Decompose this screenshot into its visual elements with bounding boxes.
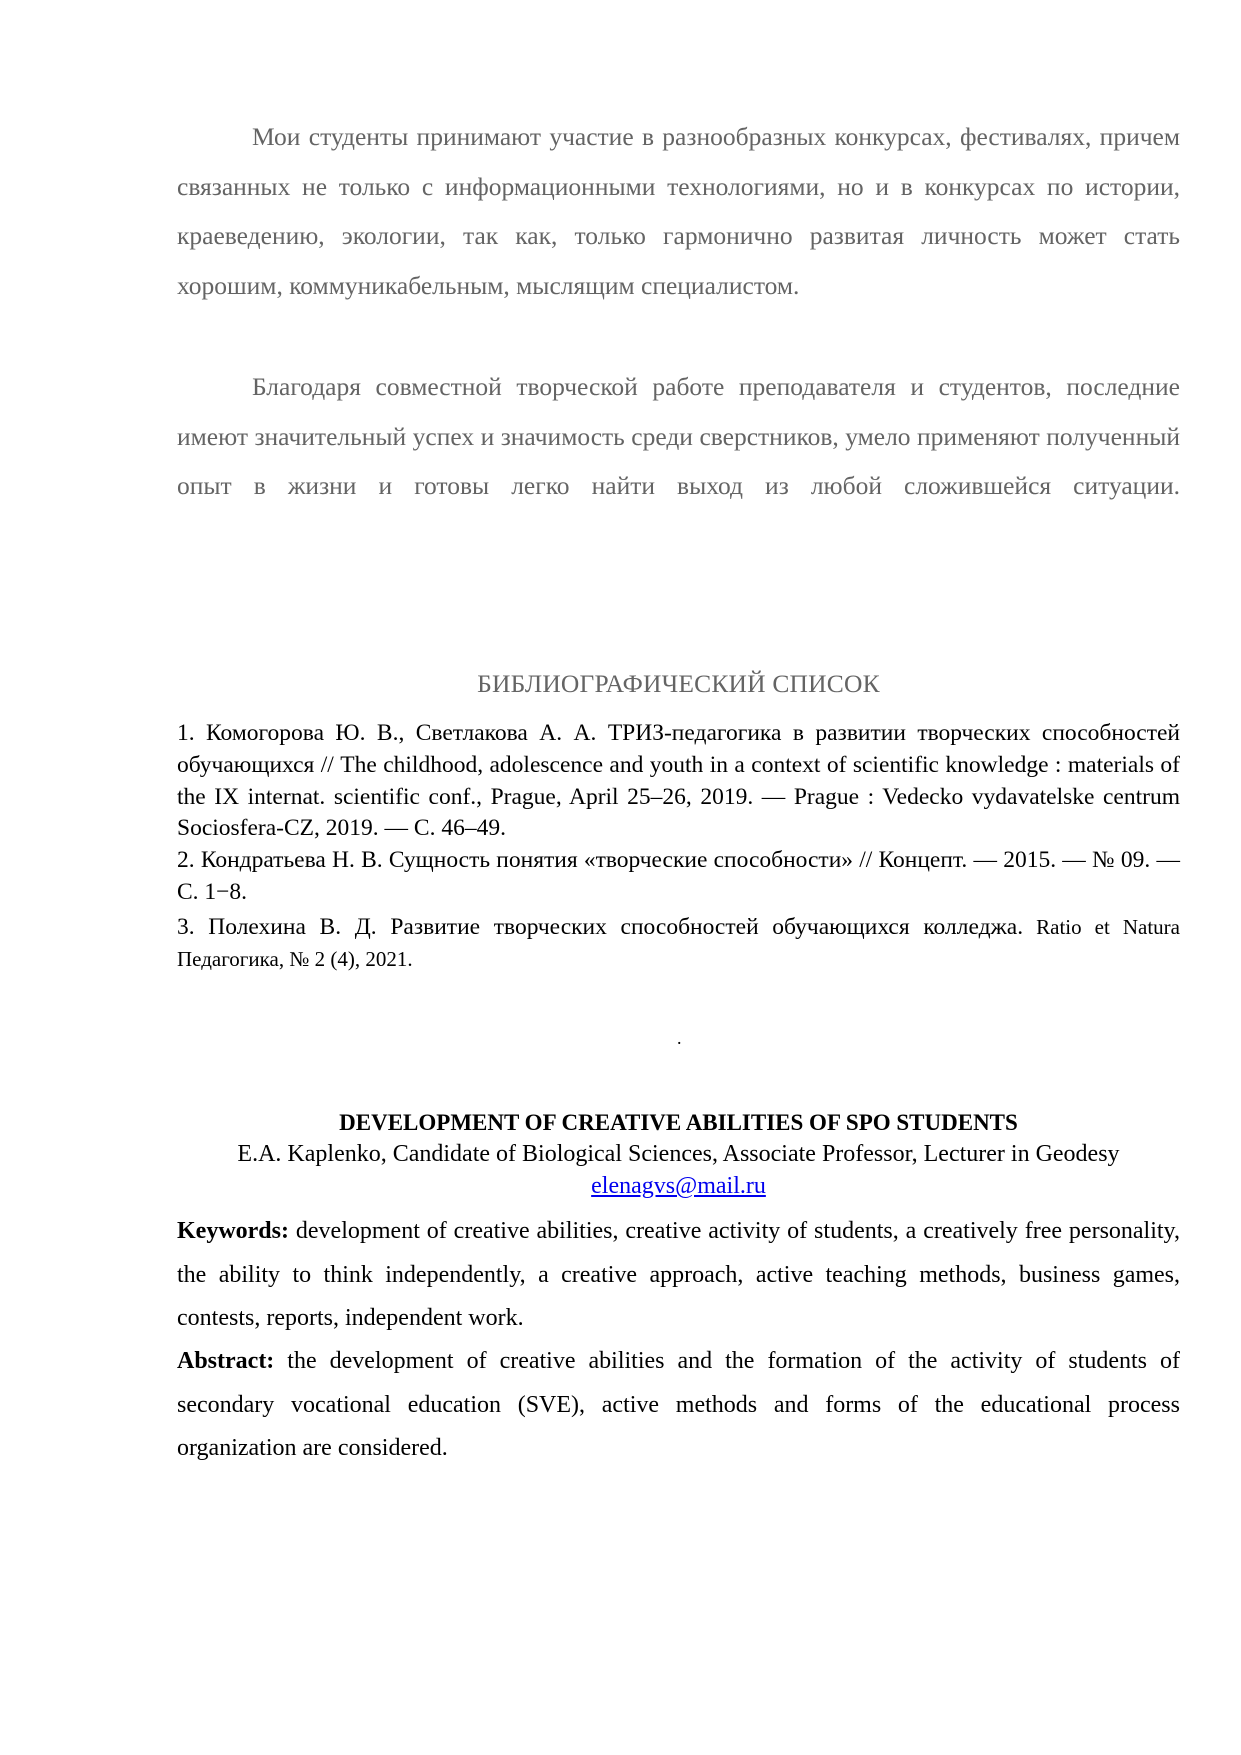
bibliography-item: 2. Кондратьева Н. В. Сущность понятия «т… xyxy=(177,845,1180,909)
author-email-link[interactable]: elenagvs@mail.ru xyxy=(591,1173,766,1199)
bibliography-list: 1. Комогорова Ю. В., Светлакова А. А. ТР… xyxy=(177,718,1180,975)
author-line: E.A. Kaplenko, Candidate of Biological S… xyxy=(177,1139,1180,1170)
bibliography-item: 1. Комогорова Ю. В., Светлакова А. А. ТР… xyxy=(177,718,1180,845)
keywords-label: Keywords: xyxy=(177,1218,289,1244)
keywords-text: development of creative abilities, creat… xyxy=(177,1218,1180,1331)
bibliography-item-text: 2. Кондратьева Н. В. Сущность понятия «т… xyxy=(177,847,1180,905)
keywords-paragraph: Keywords: development of creative abilit… xyxy=(177,1210,1180,1341)
bibliography-item-text: 3. Полехина В. Д. Развитие творческих сп… xyxy=(177,914,1023,940)
bibliography-item-text: 1. Комогорова Ю. В., Светлакова А. А. ТР… xyxy=(177,720,1180,841)
abstract-paragraph: Abstract: the development of creative ab… xyxy=(177,1340,1180,1471)
article-title: DEVELOPMENT OF CREATIVE ABILITIES OF SPO… xyxy=(177,1108,1180,1138)
bibliography-heading: БИБЛИОГРАФИЧЕСКИЙ СПИСОК xyxy=(177,668,1180,700)
abstract-text: the development of creative abilities an… xyxy=(177,1348,1180,1461)
abstract-label: Abstract: xyxy=(177,1348,274,1374)
body-paragraph-2: Благодаря совместной творческой работе п… xyxy=(177,362,1180,511)
body-paragraph-1: Мои студенты принимают участие в разнооб… xyxy=(177,112,1180,310)
bibliography-item: 3. Полехина В. Д. Развитие творческих сп… xyxy=(177,912,1180,976)
email-line: elenagvs@mail.ru xyxy=(177,1171,1180,1202)
separator-dot: . xyxy=(677,1028,682,1049)
